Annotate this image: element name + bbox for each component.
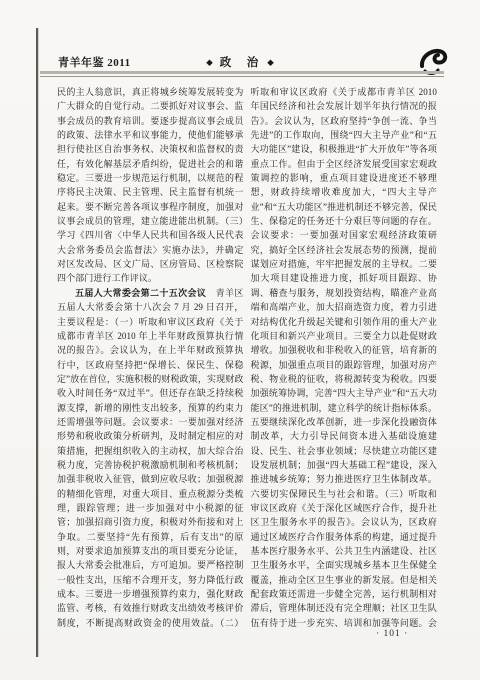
scan-edge-shadow bbox=[38, 28, 39, 657]
header-rule-thin bbox=[40, 76, 444, 77]
section-title: 政 治 bbox=[220, 57, 261, 69]
scanned-yearbook-page: 青羊年鉴 2011 ◆政 治◆ 民的主人翁意识，真正将城乡统筹发展转变为广大群众… bbox=[0, 0, 480, 680]
paragraph-text: 民的主人翁意识，真正将城乡统筹发展转变为广大群众的自觉行动。二要抓好对议事会、监… bbox=[57, 87, 244, 283]
entry-heading: 五届人大常委会第二十五次会议 bbox=[75, 288, 206, 298]
paragraph: 民的主人翁意识，真正将城乡统筹发展转变为广大群众的自觉行动。二要抓好对议事会、监… bbox=[57, 85, 244, 286]
diamond-icon: ◆ bbox=[206, 57, 213, 67]
diamond-icon: ◆ bbox=[267, 57, 274, 67]
page-number: · 101 · bbox=[376, 629, 408, 639]
section-header: ◆政 治◆ bbox=[40, 54, 440, 70]
header-rule-thick bbox=[40, 71, 444, 74]
body-text: 民的主人翁意识，真正将城乡统筹发展转变为广大群众的自觉行动。二要抓好对议事会、监… bbox=[57, 85, 437, 633]
